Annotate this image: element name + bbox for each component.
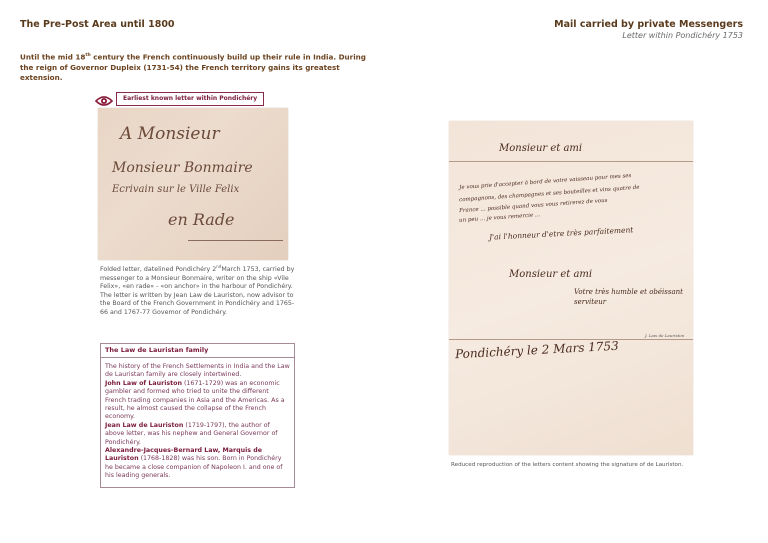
page-title-right: Mail carried by private Messengers — [554, 19, 743, 30]
script-line: Ecrivain sur le Ville Felix — [112, 184, 239, 195]
script-dateline: Pondichéry le 2 Mars 1753 — [455, 339, 619, 362]
script-line: A Monsieur — [120, 124, 220, 144]
intro-text: Until the mid 18th century the French co… — [20, 51, 370, 84]
letter-caption-right: Reduced reproduction of the letters cont… — [451, 462, 683, 468]
signature: Votre très humble et obéissant serviteur — [574, 287, 684, 307]
page-subtitle-right: Letter within Pondichéry 1753 — [622, 31, 743, 40]
family-intro: The history of the French Settlements in… — [105, 363, 290, 378]
script-line: en Rade — [168, 210, 235, 229]
family-info-box: The Law de Lauristan family The history … — [100, 343, 295, 488]
caption-a: Folded letter, datelined Pondichéry 2 — [100, 266, 216, 273]
letter-image-left: A Monsieur Monsieur Bonmaire Ecrivain su… — [98, 108, 288, 260]
letter-caption: Folded letter, datelined Pondichéry 2ndM… — [100, 263, 300, 317]
script-line: un peu ... je vous remercie ... — [459, 212, 540, 224]
exhibit-label: Earliest known letter within Pondichéry — [116, 92, 264, 106]
fold-line — [449, 339, 693, 340]
person-name: John Law of Lauriston — [105, 380, 182, 387]
intro-text-a: Until the mid 18 — [20, 52, 85, 61]
underline-stroke — [188, 240, 283, 241]
eye-icon — [95, 92, 113, 104]
pencil-note: J. Law de Lauriston — [645, 333, 685, 338]
fold-line — [449, 161, 693, 162]
script-line: J'ai l'honneur d'etre très parfaitement — [489, 225, 634, 242]
person-name: Jean Law de Lauriston — [105, 422, 183, 429]
script-line: Monsieur et ami — [499, 143, 582, 154]
script-line: Monsieur Bonmaire — [112, 160, 253, 176]
family-box-body: The history of the French Settlements in… — [101, 358, 294, 481]
letter-image-right: Monsieur et ami Je vous prie d'accepter … — [449, 121, 693, 455]
caption-c: The letter is written by Jean Law de Lau… — [100, 292, 294, 316]
section-title: The Pre-Post Area until 1800 — [20, 19, 175, 30]
script-line: Monsieur et ami — [509, 269, 592, 280]
family-box-title: The Law de Lauristan family — [101, 344, 294, 358]
